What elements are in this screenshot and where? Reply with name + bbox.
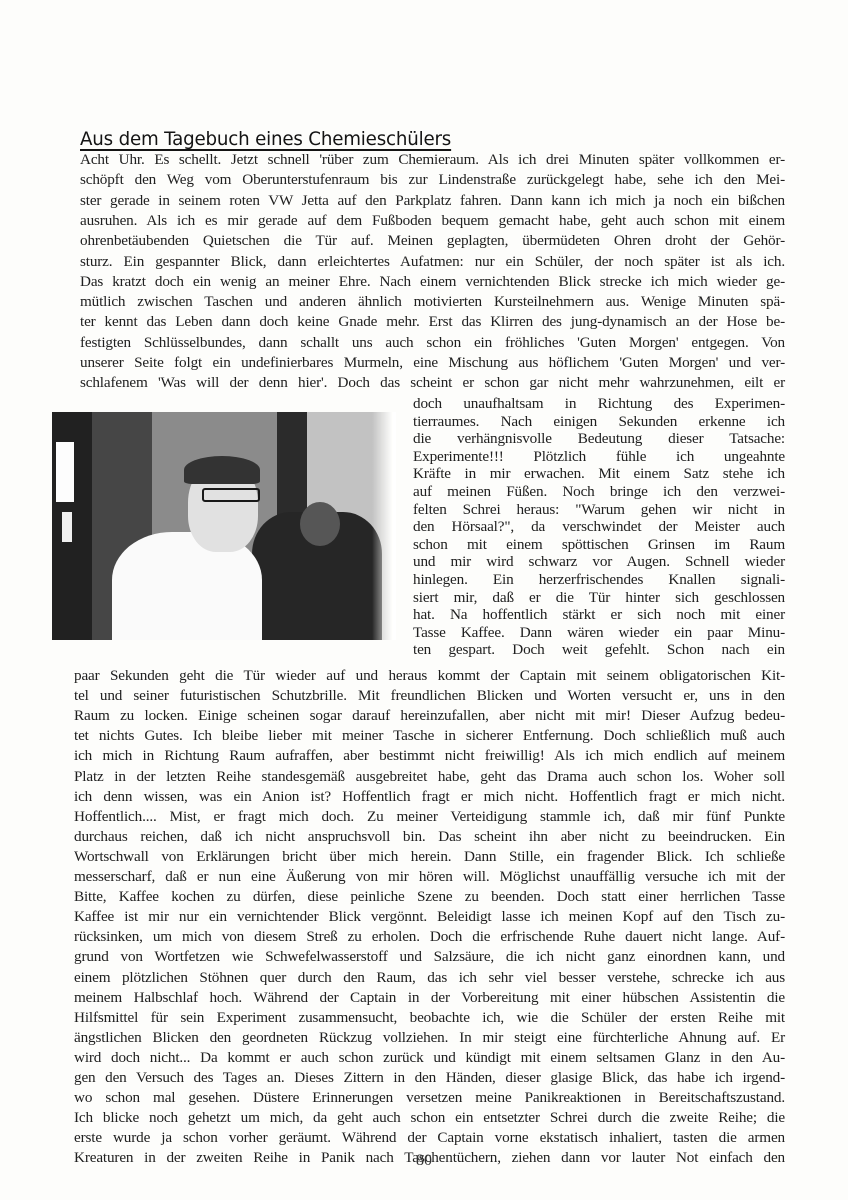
text-line: unserer Seite folgt ein undefinierbares …	[80, 353, 785, 373]
text-line: Das kratzt doch ein wenig an meiner Ehre…	[80, 272, 785, 292]
text-line: einem plötzlichen Stöhnen quer durch den…	[74, 968, 785, 988]
text-line: Platz in der letzten Reihe standesgemäß …	[74, 767, 785, 787]
text-line: rücksinken, um mich von diesem Streß zu …	[74, 927, 785, 947]
text-line: ich denn wissen, was ein Anion ist? Hoff…	[74, 787, 785, 807]
text-line: ich mich in Richtung Raum aufraffen, abe…	[74, 746, 785, 766]
text-line: gen den Versuch des Tages an. Dieses Zit…	[74, 1068, 785, 1088]
text-line: Hoffentlich.... Mist, er fragt mich doch…	[74, 807, 785, 827]
text-line: festigten Schlüsselbundes, dann schallt …	[80, 333, 785, 353]
article-title: Aus dem Tagebuch eines Chemieschülers	[80, 128, 451, 150]
text-line: ster gerade in seinem roten VW Jetta auf…	[80, 191, 785, 211]
text-line: tel und seiner futuristischen Schutzbril…	[74, 686, 785, 706]
text-line: erste wurde ja schon vorher geräumt. Wäh…	[74, 1128, 785, 1148]
text-line: Hilfsmittel für sein Experiment zusammen…	[74, 1008, 785, 1028]
page-number: 80	[0, 1152, 848, 1170]
text-line: Wortschwall von Erklärungen bricht über …	[74, 847, 785, 867]
text-line: messerscharf, daß er nun eine Äußerung v…	[74, 867, 785, 887]
text-line: grund von Wortfetzen wie Schwefelwassers…	[74, 947, 785, 967]
document-page: Aus dem Tagebuch eines Chemieschülers Ac…	[0, 0, 848, 1200]
text-line: Raum zu locken. Einige scheinen sogar da…	[74, 706, 785, 726]
text-line: Acht Uhr. Es schellt. Jetzt schnell 'rüb…	[80, 150, 785, 170]
text-line: ausruhen. Als ich es mir gerade auf dem …	[80, 211, 785, 231]
text-line: paar Sekunden geht die Tür wieder auf un…	[74, 666, 785, 686]
text-line: Bitte, Kaffee kochen zu dürfen, diese pe…	[74, 887, 785, 907]
text-line: durchaus reichen, daß ich nicht anspruch…	[74, 827, 785, 847]
photo-image	[52, 412, 396, 640]
text-line: wo schon mal gesehen. Düstere Erinnerung…	[74, 1088, 785, 1108]
text-line: Ich blicke noch gehetzt um mich, da geht…	[74, 1108, 785, 1128]
text-line: sturz. Ein gespannter Blick, dann erleic…	[80, 252, 785, 272]
text-line: ten gespart. Doch weit gefehlt. Schon na…	[413, 640, 785, 660]
text-line: meinem Halbschlaf hoch. Während der Capt…	[74, 988, 785, 1008]
text-line: tet nichts Gutes. Ich bleibe lieber mit …	[74, 726, 785, 746]
text-line: ohrenbetäubenden Quietschen die Tür auf.…	[80, 231, 785, 251]
text-line: schlafenem 'Was will der denn hier'. Doc…	[80, 373, 785, 393]
text-line: wird doch nicht... Da kommt er auch scho…	[74, 1048, 785, 1068]
text-line: ängstlichen Blicken den geordneten Rückz…	[74, 1028, 785, 1048]
text-line: schöpft den Weg vom Oberunterstufenraum …	[80, 170, 785, 190]
text-line: ter kennt das Leben dann doch keine Gnad…	[80, 312, 785, 332]
text-line: mütlich zwischen Taschen und anderen ähn…	[80, 292, 785, 312]
text-line: Kaffee ist mir nur ein vernichtender Bli…	[74, 907, 785, 927]
